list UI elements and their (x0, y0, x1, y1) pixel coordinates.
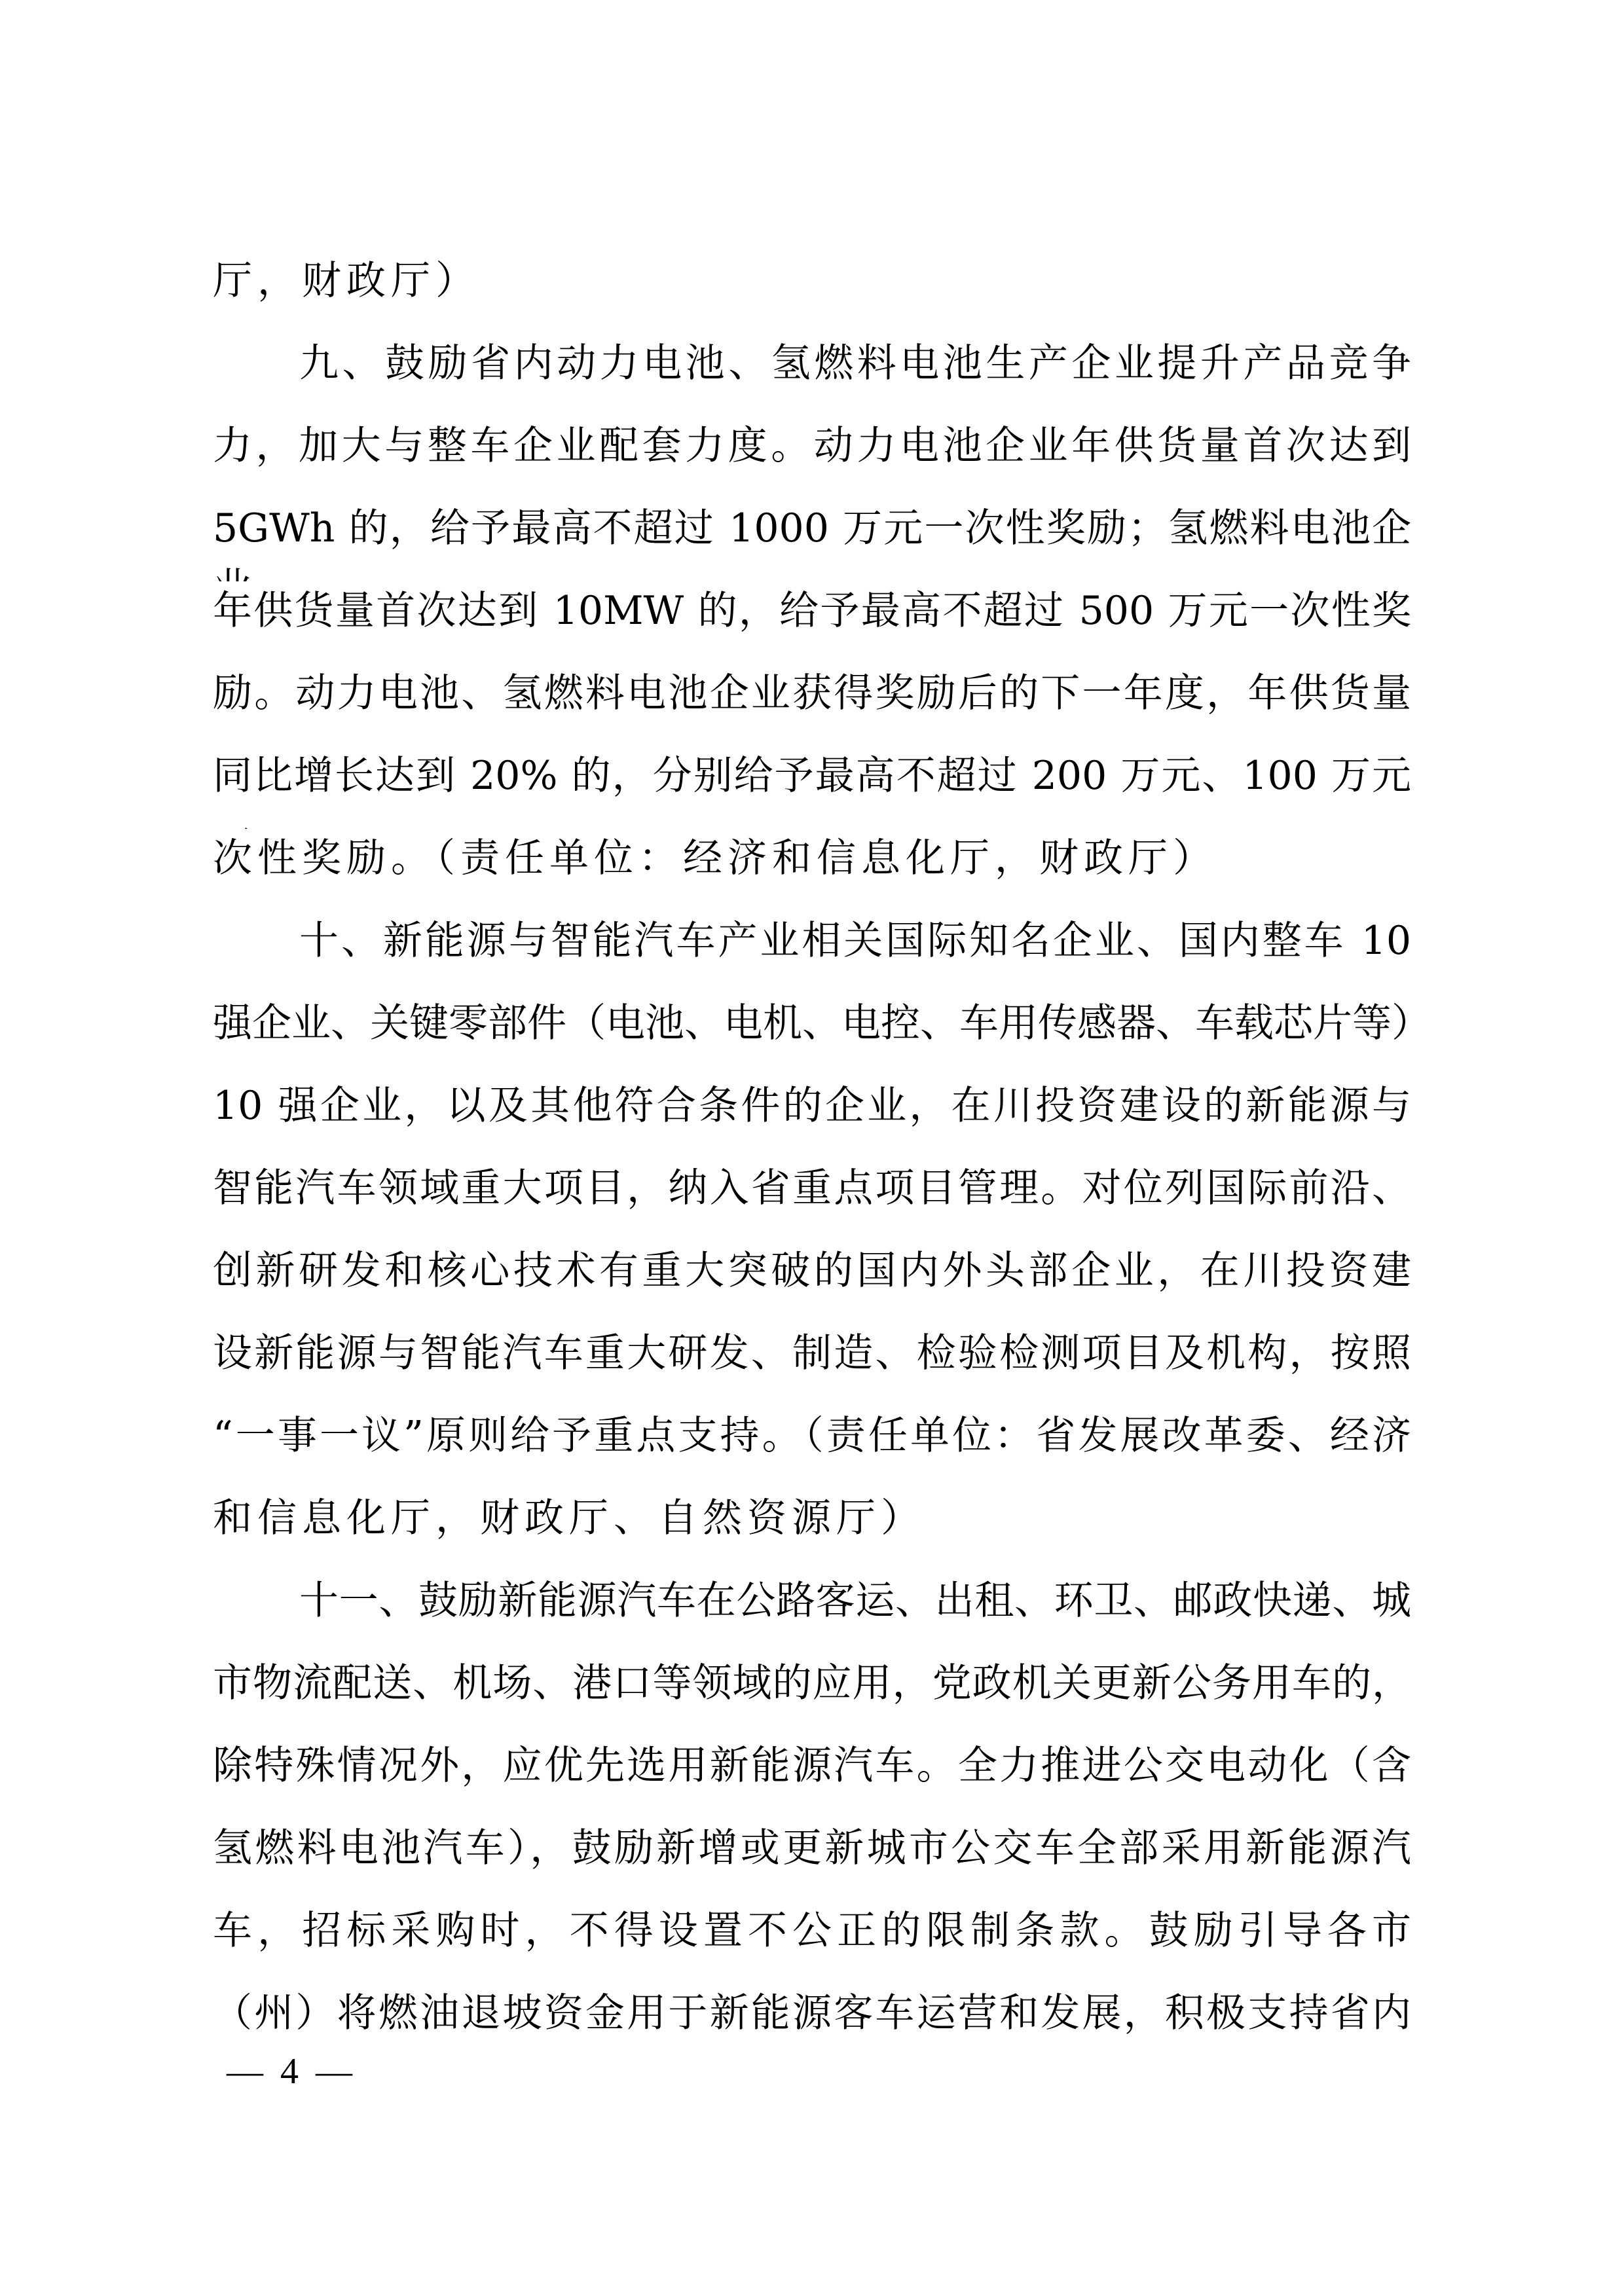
paragraph-10-line: “一事一议”原则给予重点支持。（责任单位：省发展改革委、经济 (213, 1406, 1411, 1489)
paragraph-11-line: 除特殊情况外，应优先选用新能源汽车。全力推进公交电动化（含 (213, 1736, 1411, 1819)
paragraph-11-heading-line: 十一、鼓励新能源汽车在公路客运、出租、环卫、邮政快递、城 (213, 1571, 1411, 1654)
paragraph-9-line: 励。动力电池、氢燃料电池企业获得奖励后的下一年度，年供货量 (213, 664, 1411, 746)
paragraph-11-line: 车，招标采购时，不得设置不公正的限制条款。鼓励引导各市 (213, 1901, 1411, 1984)
paragraph-10-line: 强企业、关键零部件（电池、电机、电控、车用传感器、车载芯片等） (213, 994, 1411, 1076)
paragraph-11-line: 市物流配送、机场、港口等领域的应用，党政机关更新公务用车的， (213, 1654, 1411, 1736)
document-page: 厅，财政厅） 九、鼓励省内动力电池、氢燃料电池生产企业提升产品竞争 力，加大与整… (0, 0, 1624, 2296)
paragraph-9-heading-line: 九、鼓励省内动力电池、氢燃料电池生产企业提升产品竞争 (213, 334, 1411, 416)
page-number: — 4 — (227, 2050, 356, 2092)
paragraph-10-line: 智能汽车领域重大项目，纳入省重点项目管理。对位列国际前沿、 (213, 1159, 1411, 1241)
paragraph-9-line: 年供货量首次达到 10MW 的，给予最高不超过 500 万元一次性奖 (213, 581, 1411, 664)
paragraph-9-responsibility-line: 次性奖励。（责任单位：经济和信息化厅，财政厅） (213, 829, 1411, 911)
paragraph-9-line: 5GWh 的，给予最高不超过 1000 万元一次性奖励；氢燃料电池企业 (213, 499, 1411, 581)
paragraph-10-line: 设新能源与智能汽车重大研发、制造、检验检测项目及机构，按照 (213, 1324, 1411, 1406)
paragraph-11-line: （州）将燃油退坡资金用于新能源客车运营和发展，积极支持省内 (213, 1984, 1411, 2066)
paragraph-8-tail-line: 厅，财政厅） (213, 251, 1411, 334)
paragraph-9-line: 同比增长达到 20% 的，分别给予最高不超过 200 万元、100 万元一 (213, 746, 1411, 829)
body-text: 厅，财政厅） 九、鼓励省内动力电池、氢燃料电池生产企业提升产品竞争 力，加大与整… (213, 251, 1411, 2066)
paragraph-10-responsibility-line: 和信息化厅，财政厅、自然资源厅） (213, 1489, 1411, 1571)
paragraph-10-line: 创新研发和核心技术有重大突破的国内外头部企业，在川投资建 (213, 1241, 1411, 1324)
paragraph-9-line: 力，加大与整车企业配套力度。动力电池企业年供货量首次达到 (213, 416, 1411, 499)
paragraph-11-line: 氢燃料电池汽车），鼓励新增或更新城市公交车全部采用新能源汽 (213, 1819, 1411, 1901)
paragraph-10-line: 10 强企业，以及其他符合条件的企业，在川投资建设的新能源与 (213, 1076, 1411, 1159)
paragraph-10-heading-line: 十、新能源与智能汽车产业相关国际知名企业、国内整车 10 (213, 911, 1411, 994)
